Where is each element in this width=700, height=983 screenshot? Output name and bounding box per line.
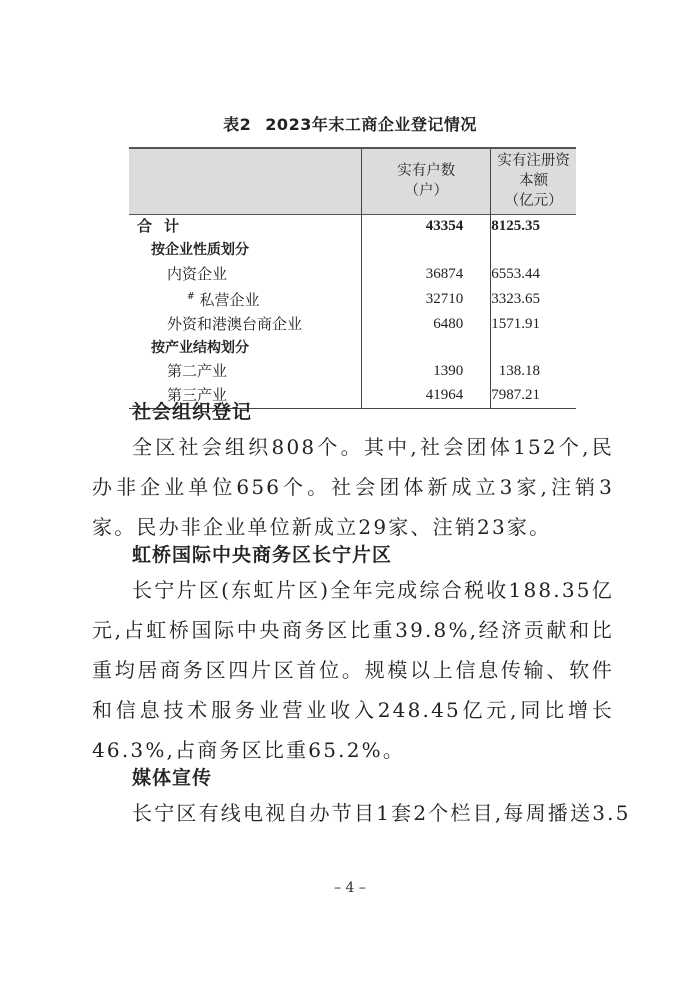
table-number: 表2 [223, 115, 251, 134]
row-households [362, 239, 491, 263]
table-header-row: 实有户数 （户） 实有注册资本额 （亿元） [129, 148, 576, 215]
section-body-hongqiao-cbd: 长宁片区(东虹片区)全年完成综合税收188.35亿元,占虹桥国际中央商务区比重3… [92, 570, 614, 770]
row-label: 内资企业 [129, 263, 362, 287]
section-body-social-organizations: 全区社会组织808个。其中,社会团体152个,民办非企业单位656个。社会团体新… [92, 427, 614, 547]
row-label: 第二产业 [129, 360, 362, 384]
row-label: 按企业性质划分 [129, 239, 362, 263]
header-capital-label: 实有注册资本额 [491, 151, 576, 191]
header-households-unit: （户） [362, 181, 490, 201]
row-households: 32710 [362, 286, 491, 312]
row-capital [491, 336, 576, 360]
table-row: 第二产业 1390 138.18 [129, 360, 576, 384]
page-number: – 4 – [0, 880, 700, 896]
section-title-social-organizations: 社会组织登记 [132, 397, 252, 424]
table-row: #私营企业 32710 3323.65 [129, 286, 576, 312]
table-row-category: 按产业结构划分 [129, 336, 576, 360]
row-label: 合计 [129, 215, 362, 239]
row-capital: 7987.21 [491, 384, 576, 408]
table-caption: 表22023年末工商企业登记情况 [0, 112, 700, 135]
row-households: 1390 [362, 360, 491, 384]
row-households: 41964 [362, 384, 491, 408]
header-capital-unit: （亿元） [491, 191, 576, 211]
table-row: 内资企业 36874 6553.44 [129, 263, 576, 287]
row-label: 外资和港澳台商企业 [129, 312, 362, 336]
row-label: 按产业结构划分 [129, 336, 362, 360]
header-capital: 实有注册资本额 （亿元） [491, 148, 576, 215]
section-title-hongqiao-cbd: 虹桥国际中央商务区长宁片区 [132, 540, 392, 567]
row-capital: 3323.65 [491, 286, 576, 312]
section-title-media: 媒体宣传 [132, 763, 212, 790]
row-households: 43354 [362, 215, 491, 239]
row-capital: 8125.35 [491, 215, 576, 239]
row-households: 6480 [362, 312, 491, 336]
table-row-total: 合计 43354 8125.35 [129, 215, 576, 239]
header-blank [129, 148, 362, 215]
enterprise-registration-table: 实有户数 （户） 实有注册资本额 （亿元） 合计 43354 8125.35 按… [129, 147, 576, 409]
row-capital: 6553.44 [491, 263, 576, 287]
row-capital: 1571.91 [491, 312, 576, 336]
row-capital [491, 239, 576, 263]
row-households: 36874 [362, 263, 491, 287]
footnote-mark: # [187, 292, 195, 302]
row-label: 私营企业 [200, 291, 260, 309]
header-households-label: 实有户数 [362, 161, 490, 181]
header-households: 实有户数 （户） [362, 148, 491, 215]
row-capital: 138.18 [491, 360, 576, 384]
section-body-media: 长宁区有线电视自办节目1套2个栏目,每周播送3.5 [92, 793, 614, 833]
table-row-category: 按企业性质划分 [129, 239, 576, 263]
table-title: 2023年末工商企业登记情况 [265, 115, 477, 134]
row-label-cell: #私营企业 [129, 286, 362, 312]
row-households [362, 336, 491, 360]
table-row: 外资和港澳台商企业 6480 1571.91 [129, 312, 576, 336]
